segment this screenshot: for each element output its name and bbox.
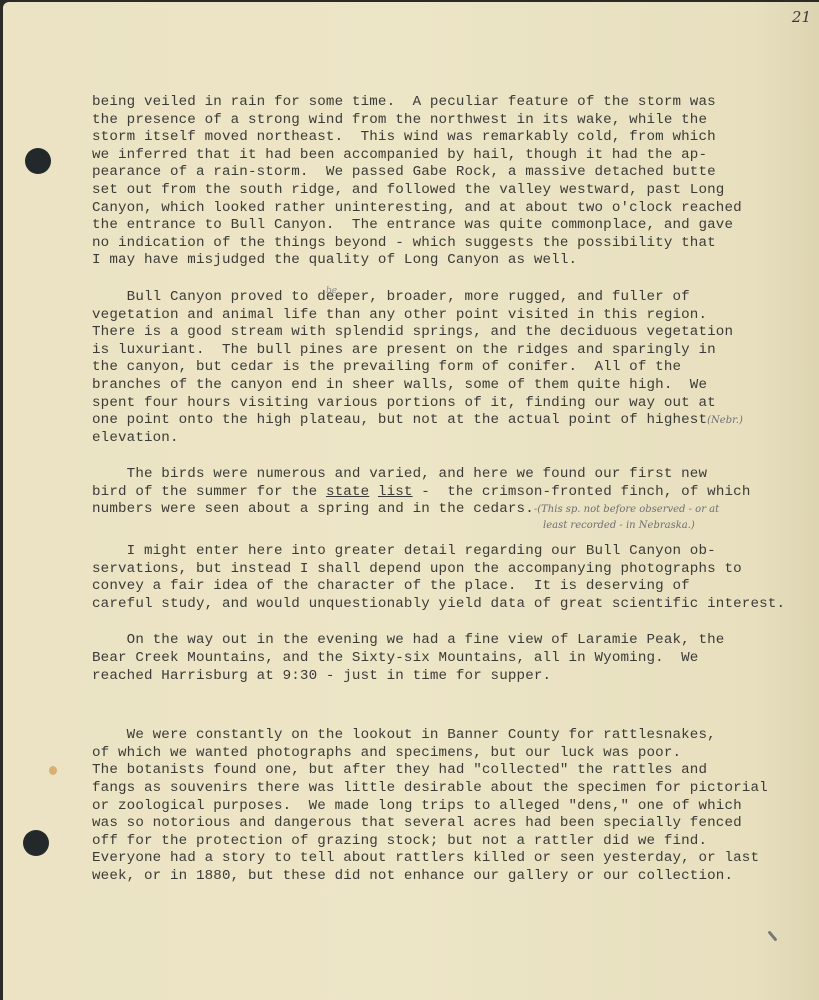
- text-line: being veiled in rain for some time. A pe…: [92, 94, 812, 112]
- text-line-content: one point onto the high plateau, but not…: [92, 412, 707, 428]
- text-line: no indication of the things beyond - whi…: [92, 235, 812, 253]
- text-line: servations, but instead I shall depend u…: [92, 561, 812, 579]
- text-line: we inferred that it had been accompanied…: [92, 147, 812, 165]
- handwritten-note: -(This sp. not before observed - or at: [534, 504, 719, 515]
- text-line: Canyon, which looked rather uninterestin…: [92, 200, 812, 218]
- text-line: careful study, and would unquestionably …: [92, 596, 812, 614]
- text-line-content: numbers were seen about a spring and in …: [92, 501, 534, 517]
- text-line: spent four hours visiting various portio…: [92, 395, 812, 413]
- paragraph-birds: The birds were numerous and varied, and …: [92, 466, 812, 519]
- document-page: 21 be being veiled in rain for some time…: [3, 2, 819, 1000]
- typed-text-body: being veiled in rain for some time. A pe…: [92, 94, 812, 886]
- underlined-word: list: [378, 484, 413, 500]
- stain-spot: [49, 766, 57, 775]
- text-line: On the way out in the evening we had a f…: [92, 632, 812, 650]
- margin-note: (Nebr.): [707, 415, 743, 426]
- text-line: elevation.: [92, 430, 812, 448]
- text-line: the canyon, but cedar is the prevailing …: [92, 359, 812, 377]
- text-line: Bull Canyon proved to deeper, broader, m…: [92, 289, 812, 307]
- text-line: the presence of a strong wind from the n…: [92, 112, 812, 130]
- text-line: vegetation and animal life than any othe…: [92, 307, 812, 325]
- text-line: branches of the canyon end in sheer wall…: [92, 377, 812, 395]
- pencil-mark: [767, 930, 777, 941]
- text-line: week, or in 1880, but these did not enha…: [92, 868, 812, 886]
- paragraph-rattlesnakes: We were constantly on the lookout in Ban…: [92, 727, 812, 885]
- paragraph-storm: being veiled in rain for some time. A pe…: [92, 94, 812, 270]
- text-line: set out from the south ridge, and follow…: [92, 182, 812, 200]
- text-line: I may have misjudged the quality of Long…: [92, 252, 812, 270]
- text-line: Everyone had a story to tell about rattl…: [92, 850, 812, 868]
- text-line: reached Harrisburg at 9:30 - just in tim…: [92, 668, 812, 686]
- text-line: the entrance to Bull Canyon. The entranc…: [92, 217, 812, 235]
- text-line: or zoological purposes. We made long tri…: [92, 798, 812, 816]
- text-line: convey a fair idea of the character of t…: [92, 578, 812, 596]
- text-line: There is a good stream with splendid spr…: [92, 324, 812, 342]
- text-line: pearance of a rain-storm. We passed Gabe…: [92, 164, 812, 182]
- page-number: 21: [792, 8, 811, 26]
- text-line: bird of the summer for the state list - …: [92, 484, 812, 502]
- text-line: storm itself moved northeast. This wind …: [92, 129, 812, 147]
- punch-hole-top: [25, 148, 51, 174]
- paragraph-observations: I might enter here into greater detail r…: [92, 543, 812, 613]
- text-line: numbers were seen about a spring and in …: [92, 501, 812, 519]
- text-line: Bear Creek Mountains, and the Sixty-six …: [92, 650, 812, 668]
- text-line: is luxuriant. The bull pines are present…: [92, 342, 812, 360]
- text-line: was so notorious and dangerous that seve…: [92, 815, 812, 833]
- text-line: The botanists found one, but after they …: [92, 762, 812, 780]
- handwritten-note-continued: least recorded - in Nebraska.): [543, 520, 695, 531]
- text-line: fangs as souvenirs there was little desi…: [92, 780, 812, 798]
- text-line: off for the protection of grazing stock;…: [92, 833, 812, 851]
- text-line: one point onto the high plateau, but not…: [92, 412, 812, 430]
- paragraph-laramie: On the way out in the evening we had a f…: [92, 632, 812, 685]
- text-line: The birds were numerous and varied, and …: [92, 466, 812, 484]
- punch-hole-bottom: [23, 830, 49, 856]
- text-line: I might enter here into greater detail r…: [92, 543, 812, 561]
- underlined-word: state: [326, 484, 369, 500]
- text-line: We were constantly on the lookout in Ban…: [92, 727, 812, 745]
- text-line: of which we wanted photographs and speci…: [92, 745, 812, 763]
- paragraph-bull-canyon: Bull Canyon proved to deeper, broader, m…: [92, 289, 812, 447]
